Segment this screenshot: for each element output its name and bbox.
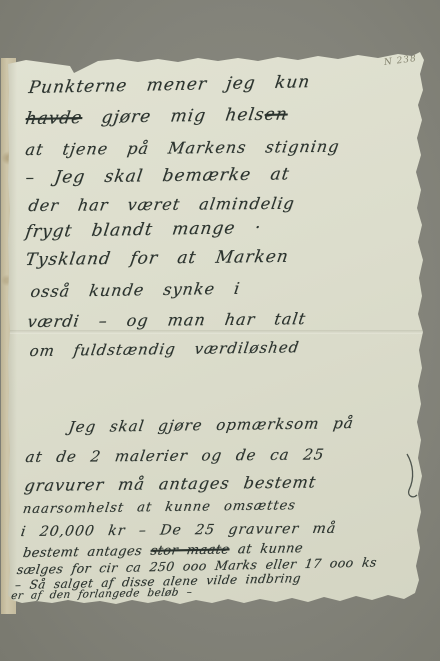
handwritten-line: Jeg skal gjøre opmærksom på	[67, 414, 355, 436]
handwritten-text: gjøre mig hels	[100, 105, 266, 128]
handwritten-line: i 20,000 kr – De 25 gravurer må	[20, 521, 338, 540]
archive-number: N 238	[384, 54, 418, 68]
stray-pen-stroke	[403, 452, 423, 502]
handwritten-line: at tjene på Markens stigning	[24, 137, 341, 159]
struck-word: havde	[24, 108, 83, 129]
handwritten-line: havde gjøre mig helsen	[24, 104, 289, 129]
handwritten-line: om fuldstændig værdiløshed	[28, 338, 300, 360]
handwritten-line: naarsomhelst at kunne omsættes	[22, 498, 297, 517]
handwritten-line: – Jeg skal bemærke at	[24, 164, 291, 188]
handwritten-text: bestemt antages	[22, 544, 143, 561]
handwritten-line: frygt blandt mange ·	[24, 218, 262, 242]
handwritten-line: værdi – og man har talt	[26, 309, 307, 331]
fold-crease	[8, 330, 424, 334]
struck-word: stor maate	[149, 542, 230, 558]
photo-backdrop: N 238 Punkterne mener jeg kun havde gjør…	[0, 0, 440, 661]
handwritten-line: er af den forlangede beløb –	[10, 586, 193, 602]
letter-page: N 238 Punkterne mener jeg kun havde gjør…	[8, 50, 424, 605]
handwritten-line: gravurer må antages bestemt	[23, 472, 317, 495]
struck-word: en	[263, 104, 289, 124]
handwritten-line: at de 2 malerier og de ca 25	[24, 445, 325, 466]
handwritten-line: der har været almindelig	[27, 194, 296, 215]
handwritten-line: Punkterne mener jeg kun	[27, 72, 311, 98]
handwritten-text: at kunne	[237, 541, 304, 557]
handwritten-line: Tyskland for at Marken	[24, 247, 290, 270]
handwritten-line: osså kunde synke i	[29, 279, 241, 301]
